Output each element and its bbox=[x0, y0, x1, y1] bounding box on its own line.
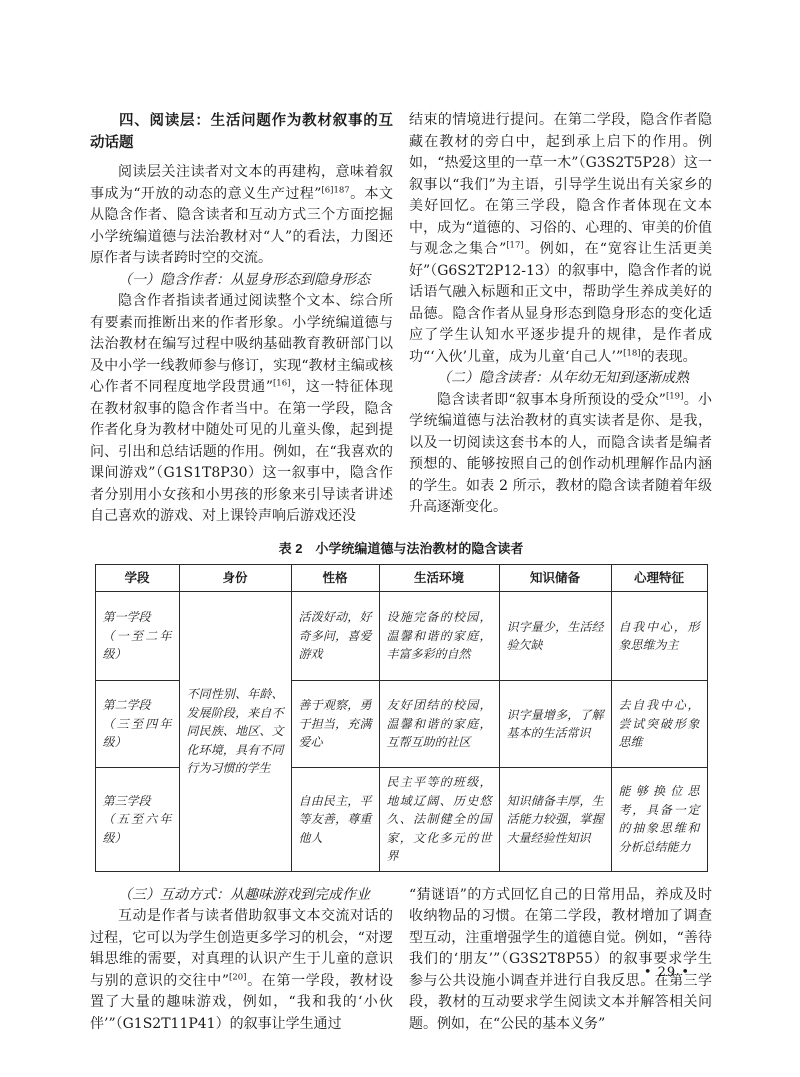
page-content: 四、阅读层：生活问题作为教材叙事的互动话题阅读层关注读者对文本的再建构，意味着叙… bbox=[90, 110, 712, 1035]
section-heading: 四、阅读层：生活问题作为教材叙事的互动话题 bbox=[90, 110, 393, 154]
table-header-cell: 学段 bbox=[95, 564, 179, 592]
paragraph: 结束的情境进行提问。在第二学段，隐含作者隐藏在教材的旁白中，起到承上启下的作用。… bbox=[409, 110, 712, 368]
subsection-heading: （一）隐含作者：从显身形态到隐身形态 bbox=[90, 270, 393, 292]
cell-environment: 设施完备的校园，温馨和谐的家庭，丰富多彩的自然 bbox=[379, 592, 499, 681]
cell-psychology: 自我中心，形象思维为主 bbox=[611, 592, 707, 681]
citation-superscript: [6]187 bbox=[321, 185, 349, 195]
table-caption: 表 2 小学统编道德与法治教材的隐含读者 bbox=[90, 541, 712, 557]
cell-environment: 友好团结的校园，温馨和谐的家庭，互帮互助的社区 bbox=[379, 681, 499, 768]
table-row: 第一学段 （一至二年级）不同性别、年龄、发展阶段，来自不同民族、地区、文化环境，… bbox=[95, 592, 707, 681]
page-number: • 29 • bbox=[644, 965, 690, 980]
top-left-column: 四、阅读层：生活问题作为教材叙事的互动话题阅读层关注读者对文本的再建构，意味着叙… bbox=[90, 110, 393, 528]
citation-superscript: [20] bbox=[229, 972, 246, 982]
paragraph: “猜谜语”的方式回忆自己的日常用品，养成及时收纳物品的习惯。在第二学段，教材增加… bbox=[409, 885, 712, 1036]
subsection-heading: （三）互动方式：从趣味游戏到完成作业 bbox=[90, 885, 393, 907]
table-header-cell: 知识储备 bbox=[499, 564, 611, 592]
cell-personality: 善于观察，勇于担当，充满爱心 bbox=[291, 681, 379, 768]
paragraph: 阅读层关注读者对文本的再建构，意味着叙事成为“开放的动态的意义生产过程”[6]1… bbox=[90, 162, 393, 270]
cell-stage: 第二学段 （三至四年级） bbox=[95, 681, 179, 768]
bottom-left-column: （三）互动方式：从趣味游戏到完成作业互动是作者与读者借助叙事文本交流对话的过程，… bbox=[90, 885, 393, 1036]
cell-psychology: 能够换位思考，具备一定的抽象思维和分析总结能力 bbox=[611, 768, 707, 872]
table-header-row: 学段身份性格生活环境知识储备心理特征 bbox=[95, 564, 707, 592]
cell-personality: 活泼好动，好奇多问，喜爱游戏 bbox=[291, 592, 379, 681]
table-header-cell: 生活环境 bbox=[379, 564, 499, 592]
table-header-cell: 性格 bbox=[291, 564, 379, 592]
citation-superscript: [19] bbox=[666, 391, 683, 401]
bottom-text-columns: （三）互动方式：从趣味游戏到完成作业互动是作者与读者借助叙事文本交流对话的过程，… bbox=[90, 885, 712, 1036]
table-block: 表 2 小学统编道德与法治教材的隐含读者 学段身份性格生活环境知识储备心理特征第… bbox=[90, 541, 712, 872]
cell-knowledge: 识字量少，生活经验欠缺 bbox=[499, 592, 611, 681]
cell-psychology: 去自我中心，尝试突破形象思维 bbox=[611, 681, 707, 768]
cell-stage: 第三学段 （五至六年级） bbox=[95, 768, 179, 872]
top-right-column: 结束的情境进行提问。在第二学段，隐含作者隐藏在教材的旁白中，起到承上启下的作用。… bbox=[409, 110, 712, 528]
citation-superscript: [16] bbox=[273, 378, 290, 388]
top-text-columns: 四、阅读层：生活问题作为教材叙事的互动话题阅读层关注读者对文本的再建构，意味着叙… bbox=[90, 110, 712, 528]
citation-superscript: [18] bbox=[623, 348, 640, 358]
table-header-cell: 身份 bbox=[179, 564, 291, 592]
cell-identity: 不同性别、年龄、发展阶段，来自不同民族、地区、文化环境，具有不同行为习惯的学生 bbox=[179, 592, 291, 872]
table-header-cell: 心理特征 bbox=[611, 564, 707, 592]
implied-reader-table: 学段身份性格生活环境知识储备心理特征第一学段 （一至二年级）不同性别、年龄、发展… bbox=[95, 564, 708, 872]
cell-knowledge: 识字量增多，了解基本的生活常识 bbox=[499, 681, 611, 768]
bottom-right-column: “猜谜语”的方式回忆自己的日常用品，养成及时收纳物品的习惯。在第二学段，教材增加… bbox=[409, 885, 712, 1036]
paragraph: 隐含读者即“叙事本身所预设的受众”[19]。小学统编道德与法治教材的真实读者是你… bbox=[409, 390, 712, 519]
paragraph: 隐含作者指读者通过阅读整个文本、综合所有要素而推断出来的作者形象。小学统编道德与… bbox=[90, 291, 393, 528]
cell-stage: 第一学段 （一至二年级） bbox=[95, 592, 179, 681]
journal-page: 四、阅读层：生活问题作为教材叙事的互动话题阅读层关注读者对文本的再建构，意味着叙… bbox=[0, 0, 800, 1077]
cell-knowledge: 知识储备丰厚，生活能力较强，掌握大量经验性知识 bbox=[499, 768, 611, 872]
citation-superscript: [17] bbox=[506, 240, 523, 250]
cell-personality: 自由民主，平等友善，尊重他人 bbox=[291, 768, 379, 872]
subsection-heading: （二）隐含读者：从年幼无知到逐渐成熟 bbox=[409, 368, 712, 390]
cell-environment: 民主平等的班级，地域辽阔、历史悠久、法制健全的国家，文化多元的世界 bbox=[379, 768, 499, 872]
paragraph: 互动是作者与读者借助叙事文本交流对话的过程，它可以为学生创造更多学习的机会，“对… bbox=[90, 906, 393, 1035]
